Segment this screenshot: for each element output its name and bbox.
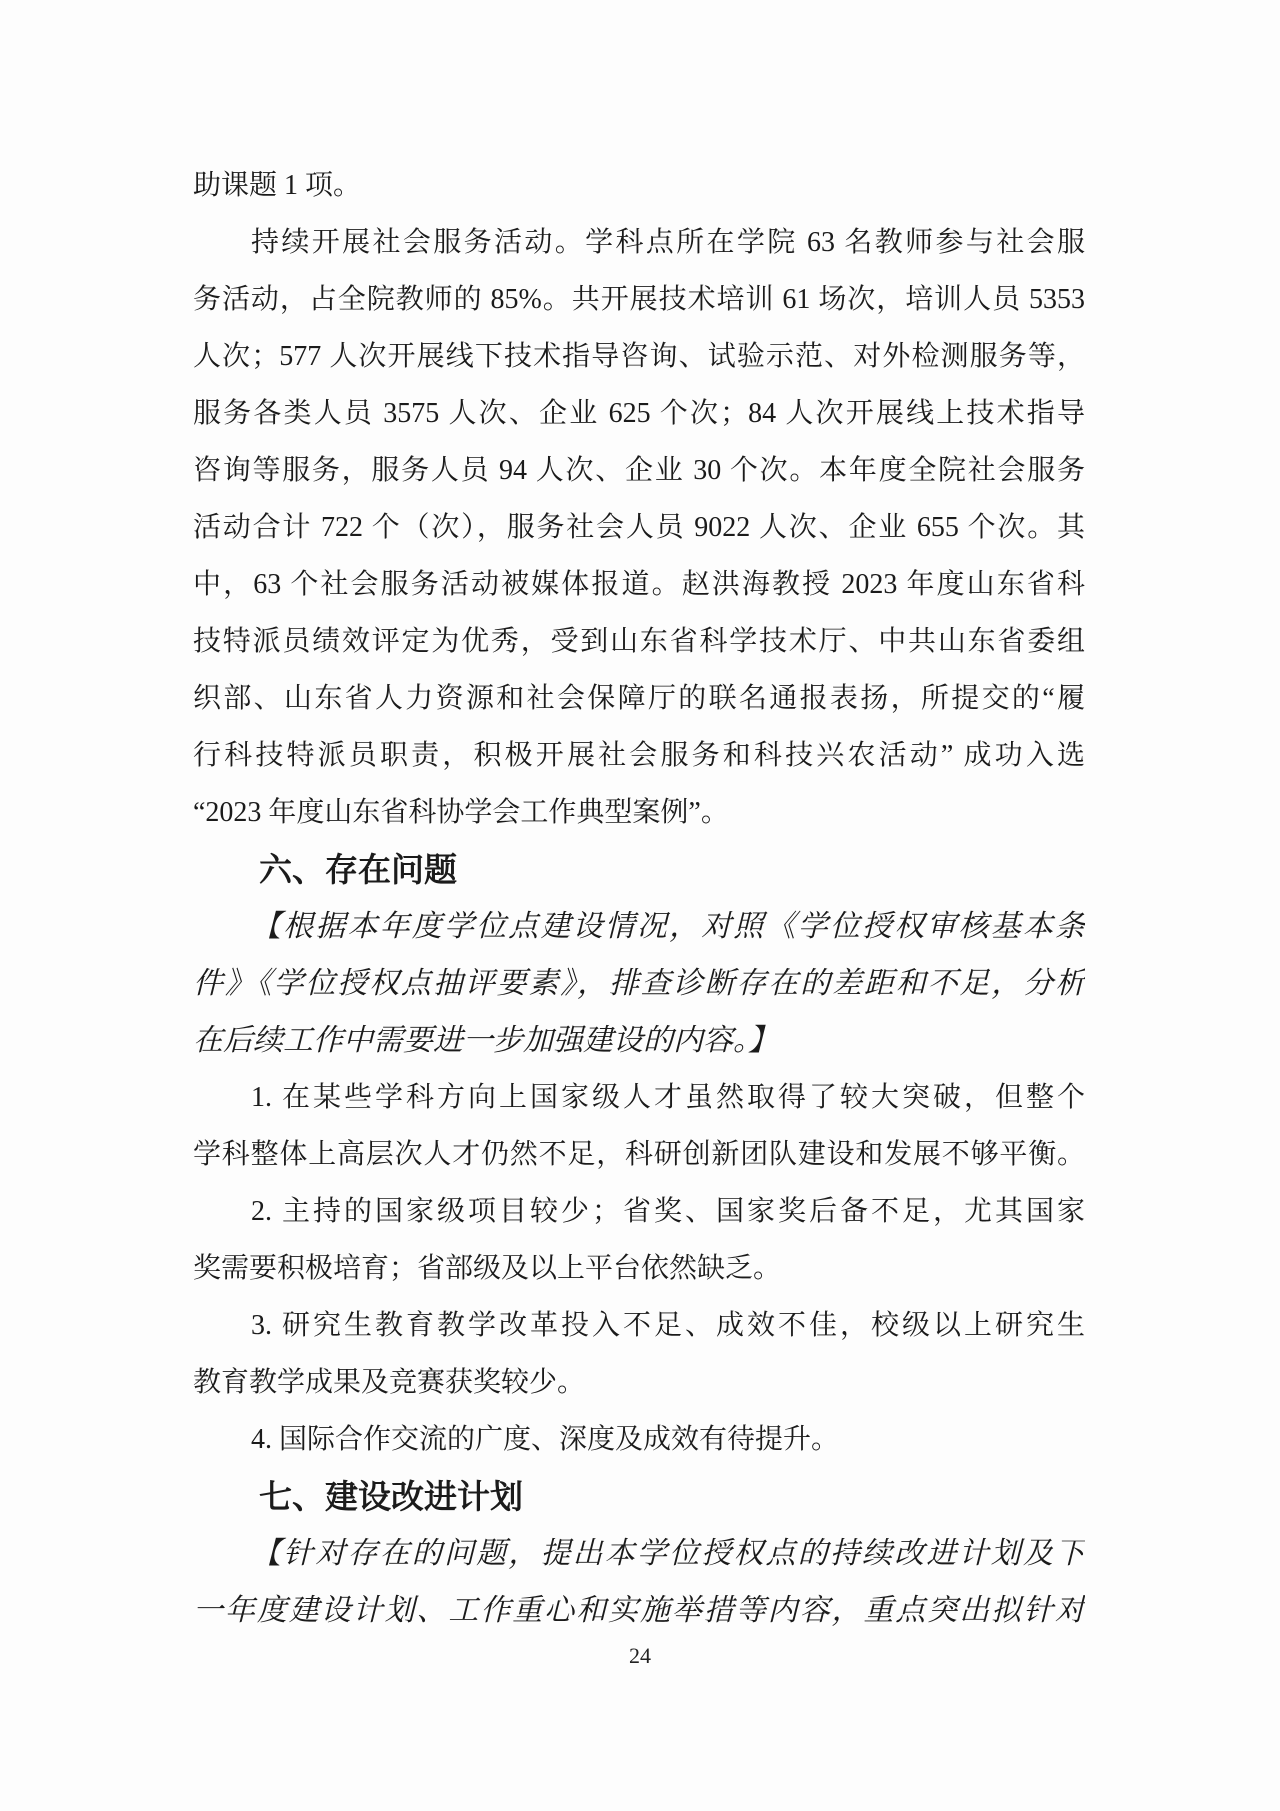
body-line: 咨询等服务，服务人员 94 人次、企业 30 个次。本年度全院社会服务 [193,442,1085,499]
numbered-item-line: 1. 在某些学科方向上国家级人才虽然取得了较大突破，但整个 [193,1069,1085,1126]
kai-note-line: 【针对存在的问题，提出本学位授权点的持续改进计划及下 [193,1525,1085,1582]
heading-section-6-problems: 六、存在问题 [193,841,1085,898]
body-line: “2023 年度山东省科协学会工作典型案例”。 [193,784,1085,841]
body-line: 助课题 1 项。 [193,157,1085,214]
body-line: 持续开展社会服务活动。学科点所在学院 63 名教师参与社会服 [193,214,1085,271]
body-line: 行科技特派员职责，积极开展社会服务和科技兴农活动” 成功入选 [193,727,1085,784]
body-line: 人次；577 人次开展线下技术指导咨询、试验示范、对外检测服务等， [193,328,1085,385]
page-body-text: 助课题 1 项。 持续开展社会服务活动。学科点所在学院 63 名教师参与社会服 … [193,157,1085,1639]
body-line: 奖需要积极培育；省部级及以上平台依然缺乏。 [193,1240,1085,1297]
kai-note-line: 件》《学位授权点抽评要素》，排查诊断存在的差距和不足，分析 [193,955,1085,1012]
body-line: 学科整体上高层次人才仍然不足，科研创新团队建设和发展不够平衡。 [193,1126,1085,1183]
kai-note-line: 一年度建设计划、工作重心和实施举措等内容，重点突出拟针对 [193,1582,1085,1639]
kai-note-line: 在后续工作中需要进一步加强建设的内容。】 [193,1012,1085,1069]
body-line: 服务各类人员 3575 人次、企业 625 个次；84 人次开展线上技术指导 [193,385,1085,442]
body-line: 织部、山东省人力资源和社会保障厅的联名通报表扬，所提交的“履 [193,670,1085,727]
numbered-item-line: 2. 主持的国家级项目较少；省奖、国家奖后备不足，尤其国家 [193,1183,1085,1240]
kai-note-line: 【根据本年度学位点建设情况，对照《学位授权审核基本条 [193,898,1085,955]
document-page: 助课题 1 项。 持续开展社会服务活动。学科点所在学院 63 名教师参与社会服 … [0,0,1280,1811]
body-line: 活动合计 722 个（次），服务社会人员 9022 人次、企业 655 个次。其 [193,499,1085,556]
numbered-item-line: 3. 研究生教育教学改革投入不足、成效不佳，校级以上研究生 [193,1297,1085,1354]
numbered-item-line: 4. 国际合作交流的广度、深度及成效有待提升。 [193,1411,1085,1468]
page-number: 24 [0,1641,1280,1671]
body-line: 中，63 个社会服务活动被媒体报道。赵洪海教授 2023 年度山东省科 [193,556,1085,613]
body-line: 技特派员绩效评定为优秀，受到山东省科学技术厅、中共山东省委组 [193,613,1085,670]
heading-section-7-improvement-plan: 七、建设改进计划 [193,1468,1085,1525]
body-line: 教育教学成果及竞赛获奖较少。 [193,1354,1085,1411]
body-line: 务活动，占全院教师的 85%。共开展技术培训 61 场次，培训人员 5353 [193,271,1085,328]
